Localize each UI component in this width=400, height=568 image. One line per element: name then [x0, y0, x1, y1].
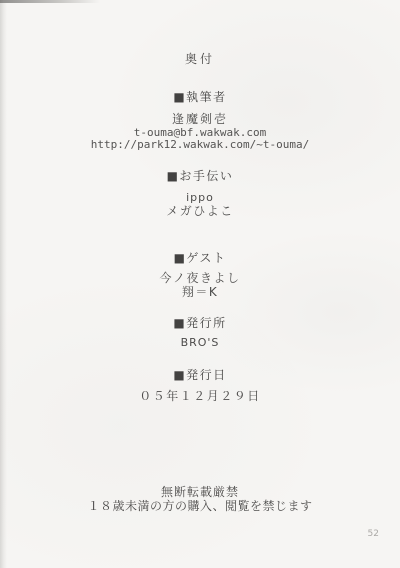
publisher-name: BRO'S [0, 336, 400, 349]
guests-heading: ■ゲスト [0, 250, 400, 266]
writer-name: 逢魔剣壱 [0, 112, 400, 127]
helper-name-1: ippo [0, 191, 400, 204]
colophon-page: 奥付 ■執筆者 逢魔剣壱 t-ouma@bf.wakwak.com http:/… [0, 0, 400, 568]
guest-name-2: 翔＝K [0, 285, 400, 299]
section-writers: ■執筆者 逢魔剣壱 t-ouma@bf.wakwak.com http://pa… [0, 89, 400, 151]
helper-name-2: メガひよこ [0, 204, 400, 218]
writers-heading: ■執筆者 [0, 89, 400, 105]
publisher-heading: ■発行所 [0, 315, 400, 331]
section-helpers: ■お手伝い ippo メガひよこ [0, 168, 400, 218]
section-publisher: ■発行所 BRO'S [0, 315, 400, 349]
publication-date-heading: ■発行日 [0, 367, 400, 383]
section-guests: ■ゲスト 今ノ夜きよし 翔＝K [0, 250, 400, 299]
publication-date: ０５年１２月２９日 [0, 389, 400, 403]
legal-notice: 無断転載厳禁 １８歳未満の方の購入、閲覧を禁じます [0, 486, 400, 513]
colophon-content: 奥付 ■執筆者 逢魔剣壱 t-ouma@bf.wakwak.com http:/… [0, 0, 400, 513]
no-reproduction-notice: 無断転載厳禁 [0, 486, 400, 499]
helpers-heading: ■お手伝い [0, 168, 400, 184]
page-title: 奥付 [0, 50, 400, 67]
writer-url: http://park12.wakwak.com/~t-ouma/ [0, 139, 400, 151]
guest-name-1: 今ノ夜きよし [0, 271, 400, 285]
section-publication-date: ■発行日 ０５年１２月２９日 [0, 367, 400, 403]
page-number: 52 [368, 529, 379, 539]
age-restriction-notice: １８歳未満の方の購入、閲覧を禁じます [0, 499, 400, 513]
